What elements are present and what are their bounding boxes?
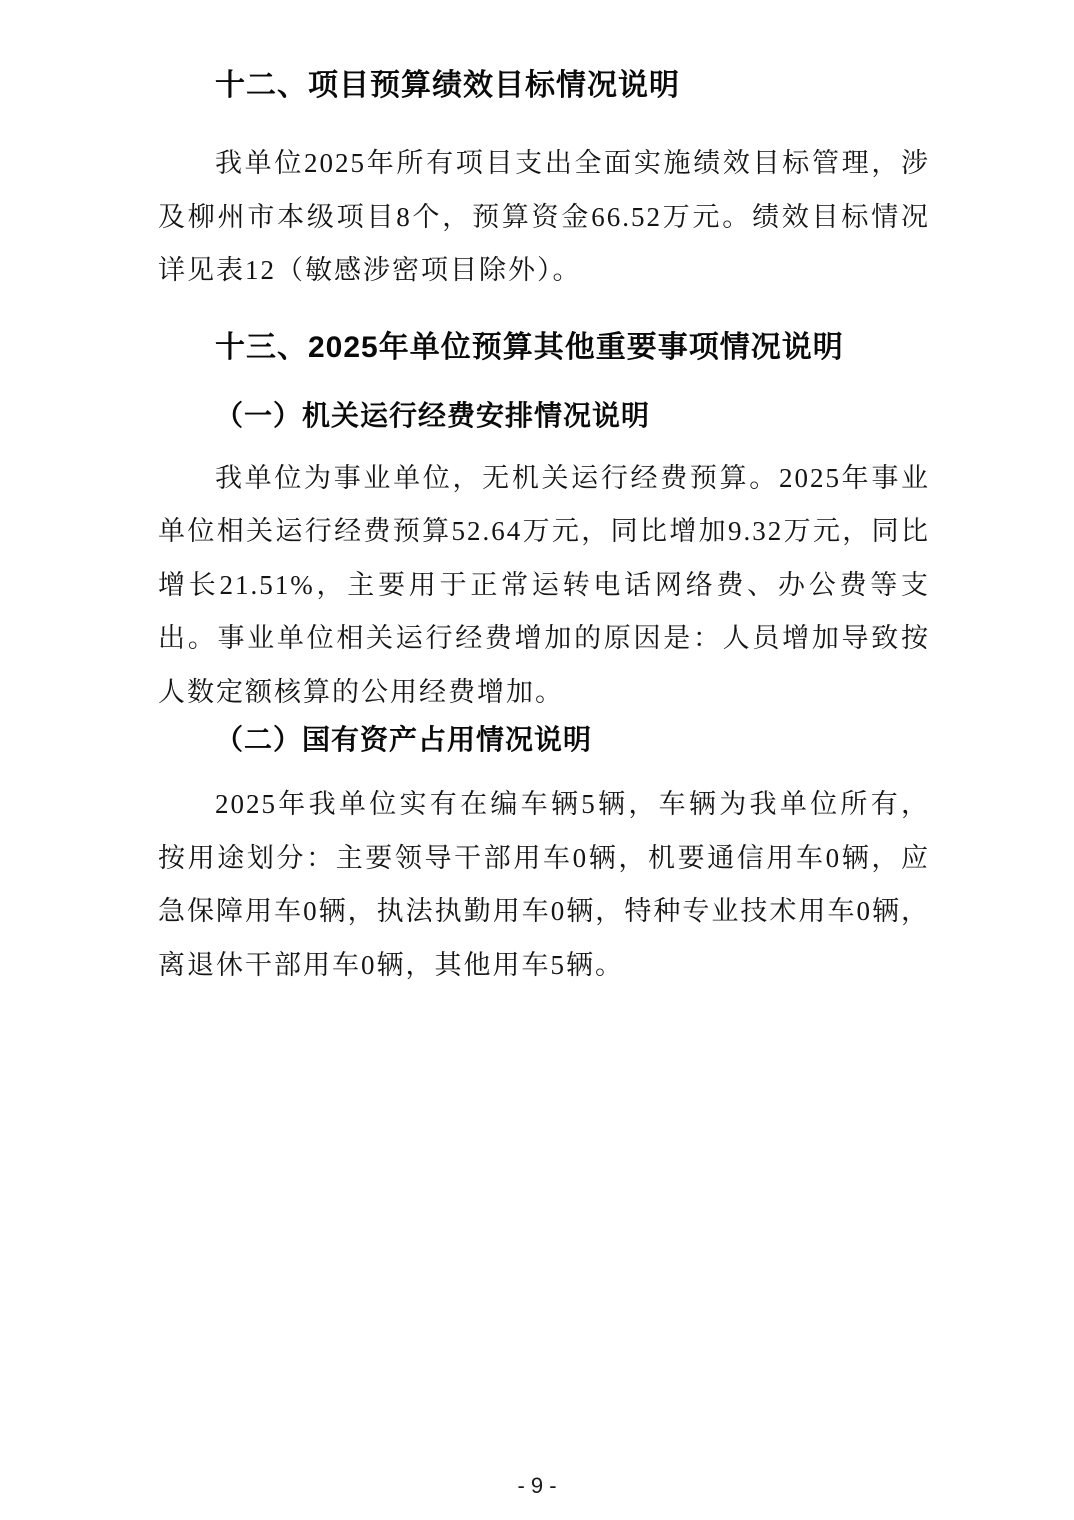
- document-content: 十二、项目预算绩效目标情况说明 我单位2025年所有项目支出全面实施绩效目标管理…: [158, 0, 930, 992]
- subsection-heading-1: （一）机关运行经费安排情况说明: [158, 397, 930, 437]
- subsection-1-paragraph: 我单位为事业单位，无机关运行经费预算。2025年事业单位相关运行经费预算52.6…: [158, 452, 930, 720]
- section-heading-13: 十三、2025年单位预算其他重要事项情况说明: [158, 328, 930, 368]
- document-page: 十二、项目预算绩效目标情况说明 我单位2025年所有项目支出全面实施绩效目标管理…: [0, 0, 1074, 1520]
- section-heading-12: 十二、项目预算绩效目标情况说明: [158, 66, 930, 106]
- subsection-2-paragraph: 2025年我单位实有在编车辆5辆，车辆为我单位所有，按用途划分：主要领导干部用车…: [158, 778, 930, 992]
- subsection-heading-2: （二）国有资产占用情况说明: [158, 721, 930, 761]
- page-number: - 9 -: [0, 1472, 1074, 1500]
- section-12-paragraph: 我单位2025年所有项目支出全面实施绩效目标管理，涉及柳州市本级项目8个，预算资…: [158, 137, 930, 298]
